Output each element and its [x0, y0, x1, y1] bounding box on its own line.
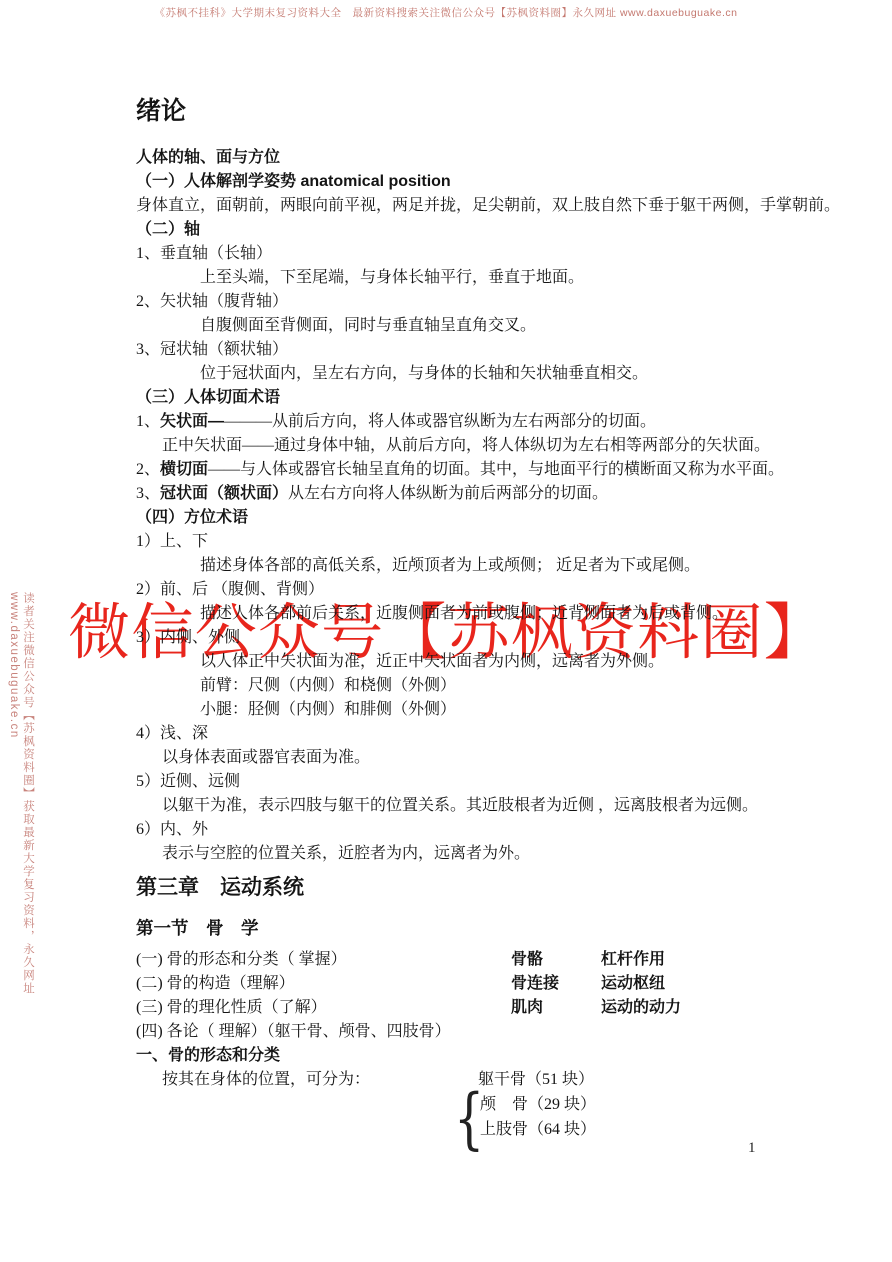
outline-role: 运动的动力 [601, 996, 681, 1020]
outline-keyword: 骨骼 [511, 948, 543, 972]
outline-keyword: 骨连接 [511, 972, 559, 996]
outline-item: (三) 骨的理化性质（了解） [136, 999, 327, 1016]
outline-table: (一) 骨的形态和分类（ 掌握） 骨骼 杠杆作用 (二) 骨的构造（理解） 骨连… [136, 948, 860, 1044]
list-item-desc: 以躯干为准，表示四肢与躯干的位置关系。其近肢根者为近侧 ，远离肢根者为远侧。 [136, 794, 860, 818]
page-number: 1 [748, 1140, 756, 1157]
bone-category: 上肢骨（64 块） [480, 1117, 860, 1142]
list-number: 1、 [136, 413, 160, 430]
list-item: 1）上、下 [136, 530, 860, 554]
list-item-desc: 位于冠状面内，呈左右方向，与身体的长轴和矢状轴垂直相交。 [136, 362, 860, 386]
doc-title: 绪论 [136, 96, 860, 126]
list-item: 1、矢状面————从前后方向，将人体或器官纵断为左右两部分的切面。 [136, 410, 860, 434]
list-item-desc: 正中矢状面——通过身体中轴，从前后方向，将人体纵切为左右相等两部分的矢状面。 [136, 434, 860, 458]
term-desc: ——与人体或器官长轴呈直角的切面。其中，与地面平行的横断面又称为水平面。 [208, 461, 784, 478]
list-item-desc: 上至头端，下至尾端，与身体长轴平行，垂直于地面。 [136, 266, 860, 290]
outline-role: 运动枢纽 [601, 972, 665, 996]
chapter-title: 第三章 运动系统 [136, 872, 860, 904]
section-title: 第一节 骨 学 [136, 914, 860, 942]
subsection-heading: （三）人体切面术语 [136, 386, 860, 410]
list-item: 2、矢状轴（腹背轴） [136, 290, 860, 314]
list-item: 3、冠状轴（额状轴） [136, 338, 860, 362]
list-item-desc: 表示与空腔的位置关系，近腔者为内，远离者为外。 [136, 842, 860, 866]
subsection-heading: （一）人体解剖学姿势 anatomical position [136, 170, 860, 194]
document-page: 《苏枫不挂科》大学期末复习资料大全 最新资料搜索关注微信公众号【苏枫资料圈】永久… [0, 0, 892, 1262]
term-desc: ———从前后方向，将人体或器官纵断为左右两部分的切面。 [224, 413, 656, 430]
side-watermark: 读者关注微信公众号【苏枫资料圈】获取最新大学复习资料，永久网址 www.daxu… [8, 592, 36, 1087]
outline-item: (二) 骨的构造（理解） [136, 975, 295, 992]
bone-category: 颅 骨（29 块） [480, 1092, 860, 1117]
outline-row: (四) 各论（ 理解）（躯干骨、颅骨、四肢骨） [136, 1020, 860, 1044]
subsection-heading: 一、骨的形态和分类 [136, 1044, 860, 1068]
term: 横切面 [160, 461, 208, 478]
outline-row: (一) 骨的形态和分类（ 掌握） 骨骼 杠杆作用 [136, 948, 860, 972]
document-content: 绪论 人体的轴、面与方位 （一）人体解剖学姿势 anatomical posit… [136, 96, 860, 1152]
list-number: 2、 [136, 461, 160, 478]
bone-classification-intro: 按其在身体的位置，可分为： 躯干骨（51 块） [136, 1068, 860, 1092]
list-item: 6）内、外 [136, 818, 860, 842]
list-item-desc: 前臂：尺侧（内侧）和桡侧（外侧） [136, 674, 860, 698]
list-item-desc: 以人体正中矢状面为准，近正中矢状面者为内侧，远离者为外侧。 [136, 650, 860, 674]
outline-role: 杠杆作用 [601, 948, 665, 972]
list-item-desc: 描述身体各部的高低关系，近颅顶者为上或颅侧； 近足者为下或尾侧。 [136, 554, 860, 578]
list-item: 4）浅、深 [136, 722, 860, 746]
term: 冠状面（额状面） [160, 485, 288, 502]
bone-category: 躯干骨（51 块） [478, 1068, 594, 1092]
outline-item: (一) 骨的形态和分类（ 掌握） [136, 951, 347, 968]
list-item: 1、垂直轴（长轴） [136, 242, 860, 266]
paragraph: 身体直立，面朝前，两眼向前平视，两足并拢，足尖朝前，双上肢自然下垂于躯干两侧，手… [136, 194, 860, 218]
curly-brace: { [454, 1080, 484, 1158]
list-item: 3）内侧、外侧 [136, 626, 860, 650]
outline-row: (二) 骨的构造（理解） 骨连接 运动枢纽 [136, 972, 860, 996]
top-header-watermark: 《苏枫不挂科》大学期末复习资料大全 最新资料搜索关注微信公众号【苏枫资料圈】永久… [0, 5, 892, 20]
list-item: 3、冠状面（额状面）从左右方向将人体纵断为前后两部分的切面。 [136, 482, 860, 506]
list-number: 3、 [136, 485, 160, 502]
outline-row: (三) 骨的理化性质（了解） 肌肉 运动的动力 [136, 996, 860, 1020]
list-item-desc: 以身体表面或器官表面为准。 [136, 746, 860, 770]
list-item: 5）近侧、远侧 [136, 770, 860, 794]
subsection-heading: （四）方位术语 [136, 506, 860, 530]
outline-keyword: 肌肉 [511, 996, 543, 1020]
term: 矢状面— [160, 413, 224, 430]
subsection-heading: （二）轴 [136, 218, 860, 242]
intro-text: 按其在身体的位置，可分为： [162, 1071, 370, 1088]
list-item-desc: 小腿：胫侧（内侧）和腓侧（外侧） [136, 698, 860, 722]
section-heading: 人体的轴、面与方位 [136, 146, 860, 170]
list-item: 2、横切面——与人体或器官长轴呈直角的切面。其中，与地面平行的横断面又称为水平面… [136, 458, 860, 482]
list-item-desc: 自腹侧面至背侧面，同时与垂直轴呈直角交叉。 [136, 314, 860, 338]
term-desc: 从左右方向将人体纵断为前后两部分的切面。 [288, 485, 608, 502]
list-item-desc: 描述人体各部前后关系，近腹侧面者为前或腹侧；近背侧面者为后或背侧。 [136, 602, 860, 626]
list-item: 2）前、后 （腹侧、背侧） [136, 578, 860, 602]
